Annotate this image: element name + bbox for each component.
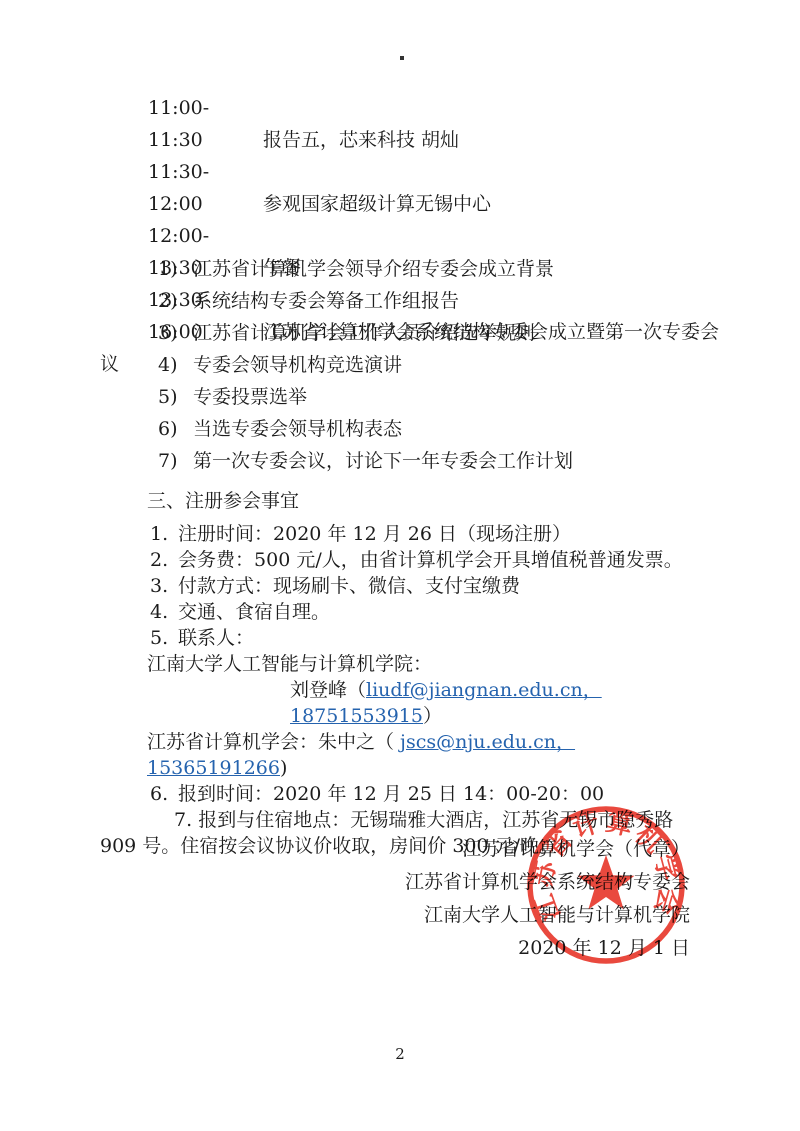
contact-name: 江苏省计算机学会：朱中之（ [147,731,400,753]
signature-block: 江苏省计算机学会（代章） 江苏省计算机学会系统结构专委会 江南大学人工智能与计算… [300,833,690,965]
item-text: 付款方式：现场刷卡、微信、支付宝缴费 [178,575,520,597]
schedule-desc: 报告五，芯来科技 胡灿 [263,129,459,151]
agenda-item-number: 1) [158,253,193,285]
agenda-item-number: 4) [158,349,193,381]
stray-dot [400,56,404,60]
registration-item: 5. 联系人： [150,625,712,651]
agenda-item-number: 6) [158,413,193,445]
item-text: 会务费：500 元/人，由省计算机学会开具增值税普通发票。 [178,549,683,571]
agenda-item: 3)江苏省计算机学会工作人员介绍选举规则 [158,317,718,349]
agenda-item-text: 专委投票选举 [193,386,307,408]
registration-item: 3. 付款方式：现场刷卡、微信、支付宝缴费 [150,573,712,599]
agenda-item: 2)系统结构专委会筹备工作组报告 [158,285,718,317]
item-number: 4. [150,599,172,625]
agenda-item-number: 2) [158,285,193,317]
agenda-item-number: 3) [158,317,193,349]
section-heading: 三、注册参会事宜 [147,488,712,514]
agenda-item-number: 7) [158,445,193,477]
contact-org-jiangnan: 江南大学人工智能与计算机学院： [147,651,712,677]
signature-org-3: 江南大学人工智能与计算机学院 [300,899,690,932]
agenda-item-number: 5) [158,381,193,413]
signature-org-2: 江苏省计算机学会系统结构专委会 [300,866,690,899]
contact-suffix: ) [280,757,287,779]
agenda-item-text: 江苏省计算机学会领导介绍专委会成立背景 [193,258,554,280]
contact-name: 刘登峰（ [290,679,366,701]
page-number: 2 [0,1045,800,1063]
item-text: 交通、食宿自理。 [178,601,330,623]
signature-date: 2020 年 12 月 1 日 [300,932,690,965]
registration-item: 6. 报到时间：2020 年 12 月 25 日 14：00-20：00 [150,781,712,807]
document-page: 11:00-11:30报告五，芯来科技 胡灿 11:30-12:00参观国家超级… [0,0,800,1131]
agenda-item-text: 第一次专委会议，讨论下一年专委会工作计划 [193,450,573,472]
agenda-item: 1)江苏省计算机学会领导介绍专委会成立背景 [158,253,718,285]
schedule-time: 11:30-12:00 [148,156,263,220]
agenda-item-text: 江苏省计算机学会工作人员介绍选举规则 [193,322,535,344]
agenda-list: 1)江苏省计算机学会领导介绍专委会成立背景 2)系统结构专委会筹备工作组报告 3… [158,253,718,477]
contact-suffix: ） [423,705,442,727]
agenda-item: 7)第一次专委会议，讨论下一年专委会工作计划 [158,445,718,477]
registration-item: 2. 会务费：500 元/人，由省计算机学会开具增值税普通发票。 [150,547,712,573]
item-text: 联系人： [178,627,254,649]
agenda-item: 5)专委投票选举 [158,381,718,413]
schedule-row: 11:30-12:00参观国家超级计算无锡中心 [100,156,730,220]
item-number: 5. [150,625,172,651]
item-text: 报到时间：2020 年 12 月 25 日 14：00-20：00 [178,783,604,805]
item-number: 1. [150,521,172,547]
contact-org-jscs-line: 江苏省计算机学会：朱中之（ jscs@nju.edu.cn，1536519126… [147,729,712,781]
item-number: 6. [150,781,172,807]
item-number: 7. [137,807,192,833]
schedule-row: 11:00-11:30报告五，芯来科技 胡灿 [100,92,730,156]
registration-item: 4. 交通、食宿自理。 [150,599,712,625]
item-number: 3. [150,573,172,599]
schedule-desc: 参观国家超级计算无锡中心 [263,193,491,215]
contact-person-line: 刘登峰（liudf@jiangnan.edu.cn，18751553915） [290,677,712,729]
item-text: 注册时间：2020 年 12 月 26 日（现场注册） [178,523,571,545]
agenda-item: 4)专委会领导机构竞选演讲 [158,349,718,381]
item-number: 2. [150,547,172,573]
registration-section: 三、注册参会事宜 1. 注册时间：2020 年 12 月 26 日（现场注册） … [100,488,712,859]
agenda-item-text: 专委会领导机构竞选演讲 [193,354,402,376]
agenda-item-text: 当选专委会领导机构表态 [193,418,402,440]
signature-org-1: 江苏省计算机学会（代章） [300,833,690,866]
agenda-item-text: 系统结构专委会筹备工作组报告 [193,290,459,312]
schedule-time: 11:00-11:30 [148,92,263,156]
agenda-item: 6)当选专委会领导机构表态 [158,413,718,445]
registration-item: 1. 注册时间：2020 年 12 月 26 日（现场注册） [150,521,712,547]
